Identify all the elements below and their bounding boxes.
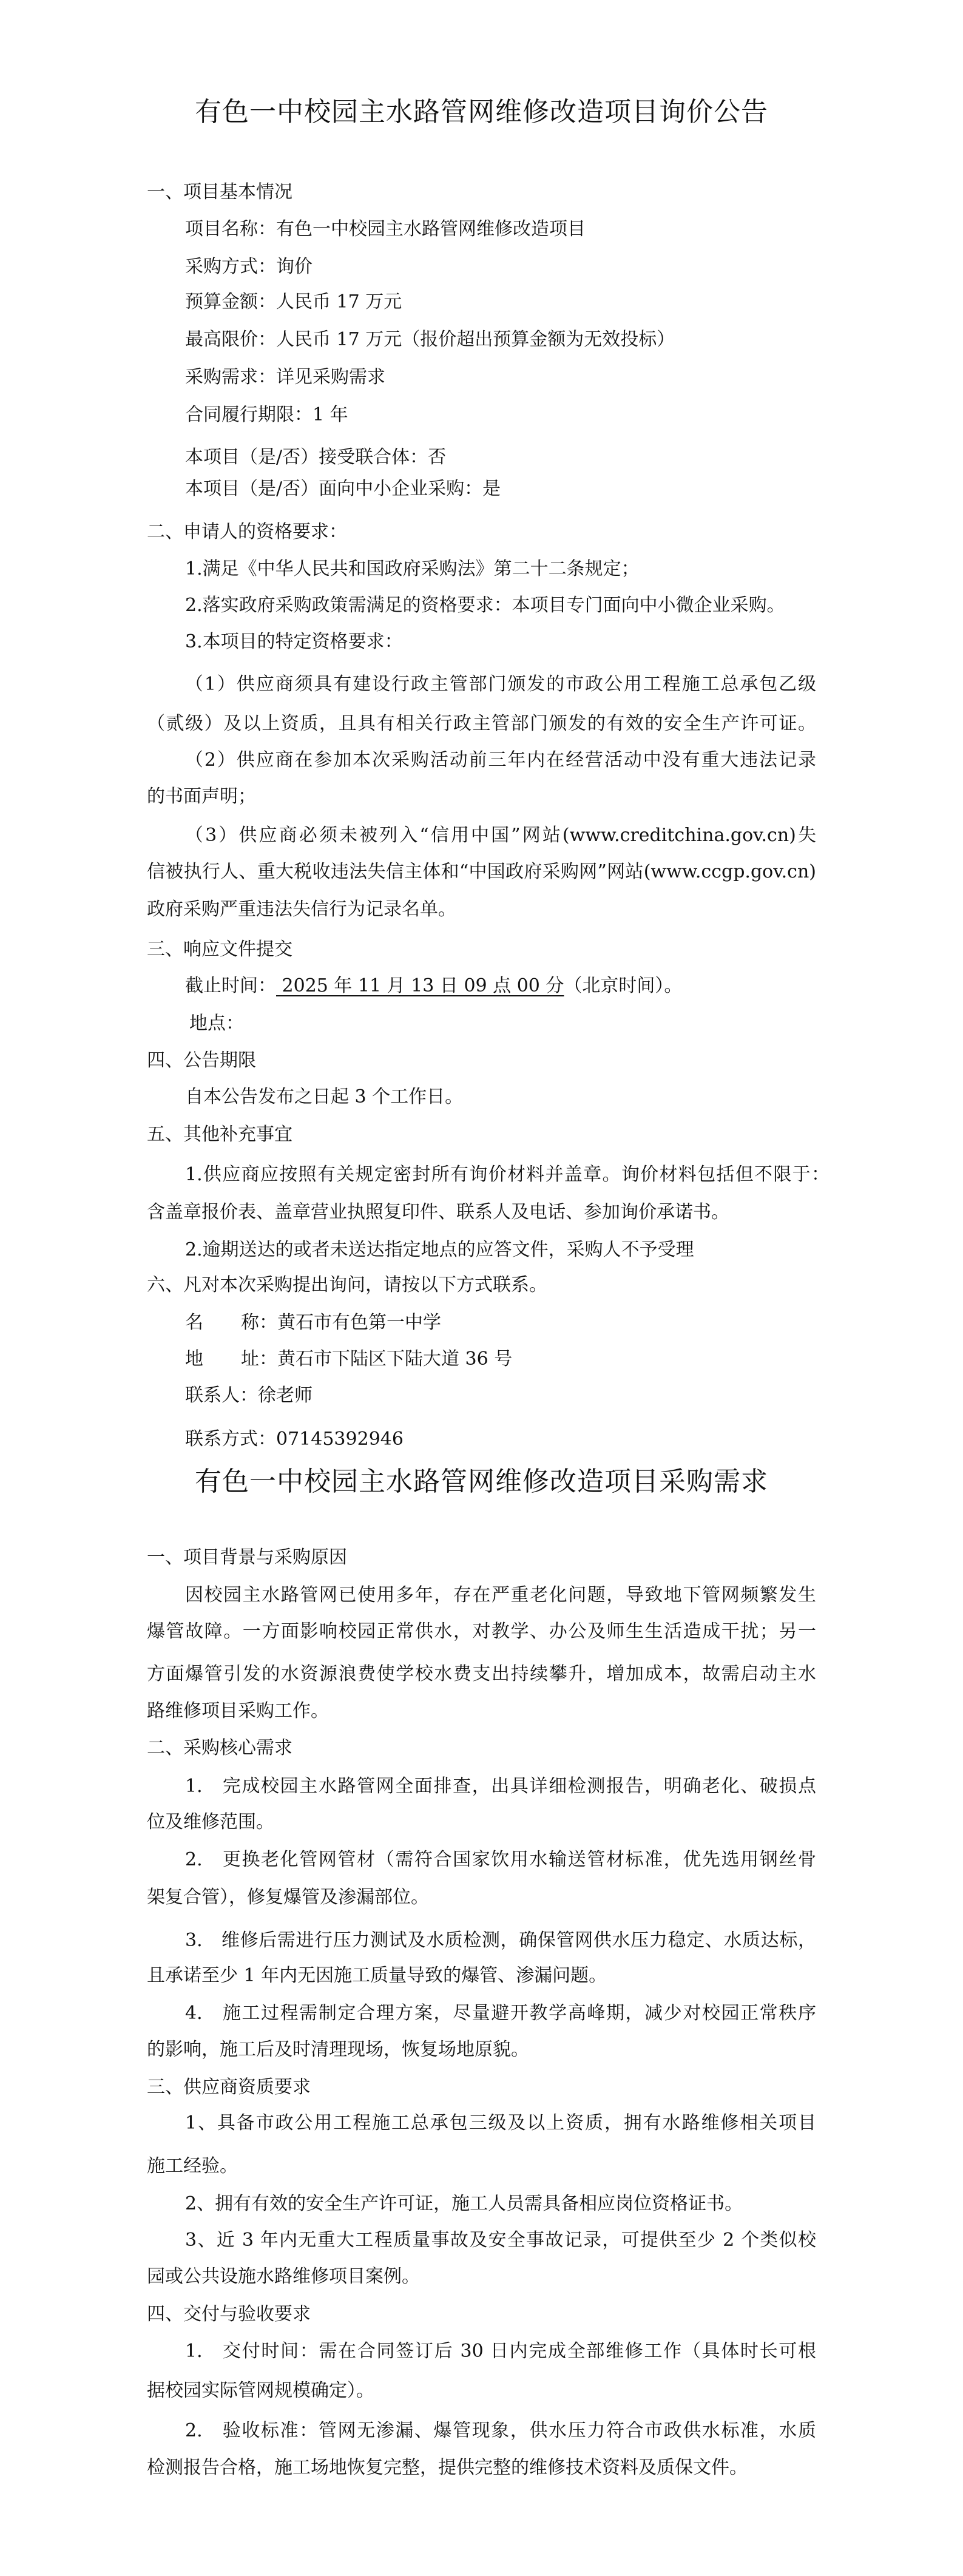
background-line: 路维修项目采购工作。: [147, 1699, 329, 1723]
contract-term: 合同履行期限：1 年: [185, 403, 348, 427]
core-requirement-line: 架复合管），修复爆管及渗漏部位。: [147, 1885, 429, 1910]
deadline-label: 截止时间：: [185, 975, 276, 996]
deadline-value: 2025 年 11 月 13 日 09 点 00 分: [276, 975, 564, 996]
contact-address: 地址：黄石市下陆区下陆大道 36 号: [185, 1347, 512, 1371]
qualification-item: 1.满足《中华人民共和国政府采购法》第二十二条规定；: [185, 557, 640, 581]
address-label: 地: [185, 1348, 203, 1370]
supplier-qualification-line: 2、拥有有效的安全生产许可证，施工人员需具备相应岗位资格证书。: [185, 2192, 743, 2216]
section-heading: 一、项目背景与采购原因: [147, 1546, 347, 1570]
address-label: 址：: [241, 1348, 277, 1370]
procurement-method: 采购方式：询价: [185, 255, 313, 279]
specific-qualification-line: 的书面声明；: [147, 785, 256, 809]
address-value: 黄石市下陆区下陆大道 36 号: [277, 1348, 512, 1370]
acceptance-line: 2. 验收标准：管网无渗漏、爆管现象，供水压力符合市政供水标准，水质: [185, 2419, 816, 2443]
section-heading: 三、响应文件提交: [147, 938, 292, 962]
core-requirement-line: 3. 维修后需进行压力测试及水质检测，确保管网供水压力稳定、水质达标，: [185, 1929, 816, 1953]
deadline: 截止时间： 2025 年 11 月 13 日 09 点 00 分（北京时间）。: [185, 974, 682, 998]
max-price: 最高限价：人民币 17 万元（报价超出预算金额为无效投标）: [185, 328, 675, 352]
background-line: 爆管故障。一方面影响校园正常供水，对教学、办公及师生生活造成干扰；另一: [147, 1620, 816, 1644]
core-requirement-line: 2. 更换老化管网管材（需符合国家饮用水输送管材标准，优先选用钢丝骨: [185, 1848, 816, 1872]
supplier-qualification-line: 3、近 3 年内无重大工程质量事故及安全事故记录，可提供至少 2 个类似校: [185, 2228, 816, 2253]
qualification-item: 3.本项目的特定资格要求：: [185, 630, 403, 654]
section-heading: 三、供应商资质要求: [147, 2075, 311, 2100]
contact-name: 名称：黄石市有色第一中学: [185, 1311, 441, 1335]
delivery-line: 1. 交付时间：需在合同签订后 30 日内完成全部维修工作（具体时长可根: [185, 2339, 816, 2364]
contact-phone: 联系方式：07145392946: [185, 1427, 404, 1452]
name-label: 名: [185, 1312, 203, 1333]
consortium-accepted: 本项目（是/否）接受联合体：否: [185, 445, 446, 470]
supplementary-item: 2.逾期送达的或者未送达指定地点的应答文件，采购人不予受理: [185, 1238, 694, 1262]
name-value: 黄石市有色第一中学: [277, 1312, 441, 1333]
section-heading: 四、交付与验收要求: [147, 2302, 311, 2327]
contact-person: 联系人：徐老师: [185, 1384, 313, 1408]
section-heading: 一、项目基本情况: [147, 180, 292, 205]
core-requirement-line: 位及维修范围。: [147, 1810, 274, 1834]
section-heading: 二、采购核心需求: [147, 1736, 292, 1760]
core-requirement-line: 的影响，施工后及时清理现场，恢复场地原貌。: [147, 2038, 529, 2062]
specific-qualification-line: 信被执行人、重大税收违法失信主体和“中国政府采购网”网站(www.ccgp.go…: [147, 860, 816, 884]
section-heading: 四、公告期限: [147, 1049, 256, 1073]
delivery-line: 据校园实际管网规模确定）。: [147, 2379, 374, 2403]
qualification-item: 2.落实政府采购政策需满足的资格要求：本项目专门面向中小微企业采购。: [185, 593, 785, 618]
notice-title: 有色一中校园主水路管网维修改造项目询价公告: [0, 95, 963, 129]
specific-qualification-line: （1）供应商须具有建设行政主管部门颁发的市政公用工程施工总承包乙级: [185, 672, 816, 697]
acceptance-line: 检测报告合格，施工场地恢复完整，提供完整的维修技术资料及质保文件。: [147, 2456, 748, 2480]
name-label: 称：: [241, 1312, 277, 1333]
specific-qualification-line: （贰级）及以上资质，且具有相关行政主管部门颁发的有效的安全生产许可证。: [147, 712, 816, 736]
background-line: 方面爆管引发的水资源浪费使学校水费支出持续攀升，增加成本，故需启动主水: [147, 1662, 816, 1686]
core-requirement-line: 且承诺至少 1 年内无因施工质量导致的爆管、渗漏问题。: [147, 1964, 607, 1988]
core-requirement-line: 4. 施工过程需制定合理方案，尽量避开教学高峰期，减少对校园正常秩序: [185, 2001, 816, 2026]
specific-qualification-line: 政府采购严重违法失信行为记录名单。: [147, 898, 456, 922]
requirements-title: 有色一中校园主水路管网维修改造项目采购需求: [0, 1465, 963, 1499]
section-heading: 五、其他补充事宜: [147, 1123, 292, 1147]
supplier-qualification-line: 园或公共设施水路维修项目案例。: [147, 2265, 420, 2289]
supplier-qualification-line: 1、具备市政公用工程施工总承包三级及以上资质，拥有水路维修相关项目: [185, 2111, 816, 2135]
specific-qualification-line: （2）供应商在参加本次采购活动前三年内在经营活动中没有重大违法记录: [185, 748, 816, 772]
deadline-suffix: （北京时间）。: [564, 975, 682, 996]
announcement-period: 自本公告发布之日起 3 个工作日。: [185, 1085, 463, 1109]
supplementary-item: 1.供应商应按照有关规定密封所有询价材料并盖章。询价材料包括但不限于：: [185, 1163, 830, 1187]
project-name: 项目名称：有色一中校园主水路管网维修改造项目: [185, 217, 586, 242]
section-heading: 二、申请人的资格要求：: [147, 520, 347, 544]
specific-qualification-line: （3）供应商必须未被列入“信用中国”网站(www.creditchina.gov…: [185, 823, 816, 848]
procurement-requirement: 采购需求：详见采购需求: [185, 365, 385, 390]
supplier-qualification-line: 施工经验。: [147, 2154, 238, 2179]
location-label: 地点：: [189, 1012, 244, 1036]
budget-amount: 预算金额：人民币 17 万元: [185, 290, 402, 314]
supplementary-item: 含盖章报价表、盖章营业执照复印件、联系人及电话、参加询价承诺书。: [147, 1200, 729, 1225]
sme-oriented: 本项目（是/否）面向中小企业采购：是: [185, 477, 501, 501]
background-line: 因校园主水路管网已使用多年，存在严重老化问题，导致地下管网频繁发生: [185, 1583, 816, 1607]
core-requirement-line: 1. 完成校园主水路管网全面排查，出具详细检测报告，明确老化、破损点: [185, 1774, 816, 1799]
section-heading: 六、凡对本次采购提出询问，请按以下方式联系。: [147, 1273, 547, 1297]
